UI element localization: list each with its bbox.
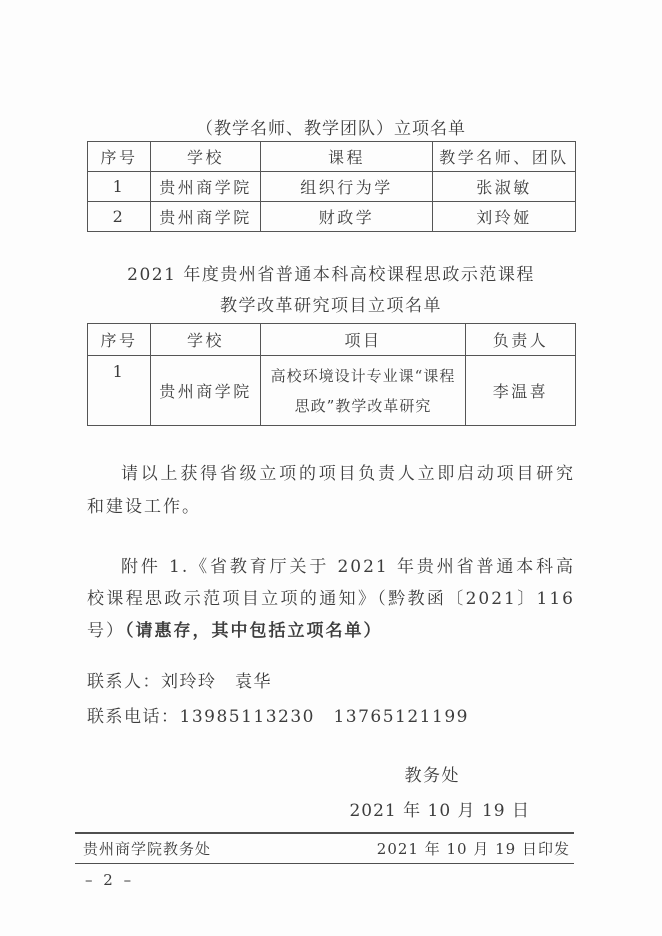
document-content: （教学名师、教学团队）立项名单 序号 学校 课程 教学名师、团队 1 贵州商学院… [0, 0, 662, 822]
document-page: （教学名师、教学团队）立项名单 序号 学校 课程 教学名师、团队 1 贵州商学院… [0, 0, 662, 936]
contact-person-line: 联系人：刘玲玲 袁华 [87, 671, 575, 693]
table-row: 1 贵州商学院 组织行为学 张淑敏 [88, 172, 576, 202]
page-number: – 2 – [75, 871, 574, 889]
page-footer: 贵州商学院教务处 2021 年 10 月 19 日印发 – 2 – [75, 832, 574, 889]
header-cell-seq: 序号 [88, 142, 151, 172]
cell-seq: 2 [88, 202, 151, 232]
cell-course: 组织行为学 [261, 172, 433, 202]
signature-date: 2021 年 10 月 19 日 [87, 800, 575, 822]
header-cell-seq: 序号 [88, 324, 151, 356]
heading-reform-projects-title: 2021 年度贵州省普通本科高校课程思政示范课程 教学改革研究项目立项名单 [87, 260, 575, 322]
heading-project-list-title: （教学名师、教学团队）立项名单 [87, 0, 575, 140]
header-cell-school: 学校 [151, 324, 261, 356]
header-cell-project: 项目 [261, 324, 466, 356]
table-header-row: 序号 学校 课程 教学名师、团队 [88, 142, 576, 172]
cell-course: 财政学 [261, 202, 433, 232]
cell-seq: 1 [88, 356, 151, 426]
cell-teacher: 刘玲娅 [433, 202, 576, 232]
cell-seq: 1 [88, 172, 151, 202]
cell-school: 贵州商学院 [151, 202, 261, 232]
cell-school: 贵州商学院 [151, 356, 261, 426]
header-cell-leader: 负责人 [466, 324, 576, 356]
header-cell-course: 课程 [261, 142, 433, 172]
signature-organization: 教务处 [87, 765, 575, 787]
attachment-bold-note: （请惠存，其中包括立项名单） [125, 621, 383, 641]
footer-bottom-rule [75, 863, 574, 864]
table-header-row: 序号 学校 项目 负责人 [88, 324, 576, 356]
cell-leader: 李温喜 [466, 356, 576, 426]
heading-reform-line1: 2021 年度贵州省普通本科高校课程思政示范课程 [87, 260, 575, 291]
header-cell-school: 学校 [151, 142, 261, 172]
contact-phone-line: 联系电话：13985113230 13765121199 [87, 706, 575, 728]
heading-reform-line2: 教学改革研究项目立项名单 [87, 291, 575, 322]
footer-issuing-office: 贵州商学院教务处 [83, 838, 211, 859]
cell-school: 贵州商学院 [151, 172, 261, 202]
famous-teachers-table: 序号 学校 课程 教学名师、团队 1 贵州商学院 组织行为学 张淑敏 2 贵州商… [87, 141, 576, 232]
footer-print-date: 2021 年 10 月 19 日印发 [377, 838, 570, 859]
paragraph-launch-request: 请以上获得省级立项的项目负责人立即启动项目研究和建设工作。 [87, 458, 575, 524]
reform-projects-table: 序号 学校 项目 负责人 1 贵州商学院 高校环境设计专业课“课程思政”教学改革… [87, 323, 576, 426]
paragraph-attachment: 附件 1.《省教育厅关于 2021 年贵州省普通本科高校课程思政示范项目立项的通… [87, 551, 575, 647]
cell-teacher: 张淑敏 [433, 172, 576, 202]
table-row: 1 贵州商学院 高校环境设计专业课“课程思政”教学改革研究 李温喜 [88, 356, 576, 426]
header-cell-teacher: 教学名师、团队 [433, 142, 576, 172]
cell-project: 高校环境设计专业课“课程思政”教学改革研究 [261, 356, 466, 426]
footer-imprint-row: 贵州商学院教务处 2021 年 10 月 19 日印发 [75, 834, 574, 863]
table-row: 2 贵州商学院 财政学 刘玲娅 [88, 202, 576, 232]
